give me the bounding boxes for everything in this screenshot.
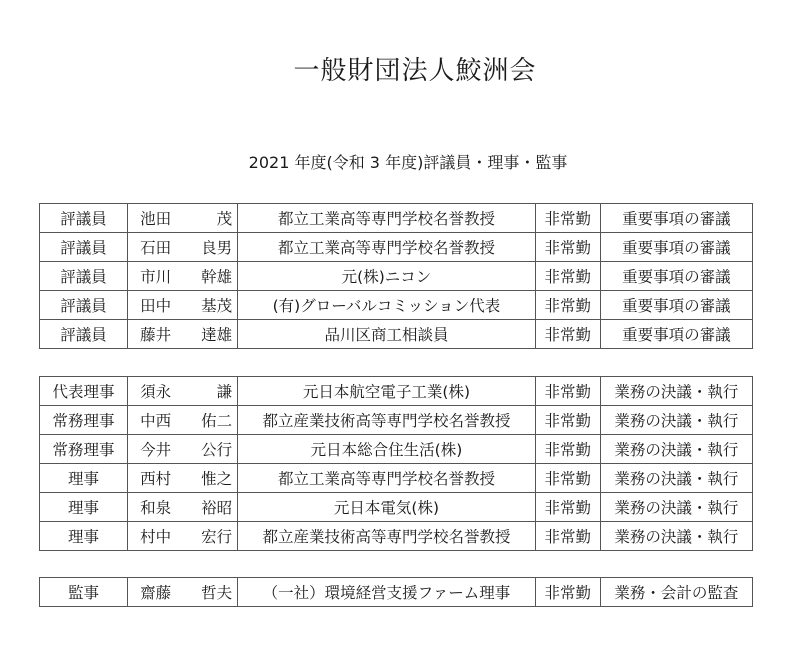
duty-cell: 業務・会計の監査: [600, 578, 752, 607]
role-cell: 監事: [40, 578, 128, 607]
family-name: 中西: [140, 409, 192, 431]
affiliation-cell: 元日本総合住生活(株): [238, 435, 535, 464]
auditors-table: 監事齋藤哲夫（一社）環境経営支援ファーム理事非常勤業務・会計の監査: [39, 577, 753, 607]
role-cell: 理事: [40, 493, 128, 522]
role-cell: 評議員: [40, 291, 128, 320]
name-cell: 和泉裕昭: [128, 493, 238, 522]
table-row: 評議員石田良男都立工業高等専門学校名誉教授非常勤重要事項の審議: [40, 233, 753, 262]
affiliation-cell: 都立工業高等専門学校名誉教授: [238, 464, 535, 493]
name-cell: 田中基茂: [128, 291, 238, 320]
family-name: 田中: [140, 294, 192, 316]
family-name: 村中: [140, 525, 192, 547]
given-name: 裕昭: [192, 496, 232, 518]
affiliation-cell: 都立工業高等専門学校名誉教授: [238, 204, 535, 233]
duty-cell: 重要事項の審議: [600, 204, 752, 233]
duty-cell: 重要事項の審議: [600, 291, 752, 320]
table-row: 代表理事須永謙元日本航空電子工業(株)非常勤業務の決議・執行: [40, 377, 753, 406]
employment-type-cell: 非常勤: [535, 377, 600, 406]
employment-type-cell: 非常勤: [535, 233, 600, 262]
family-name: 和泉: [140, 496, 192, 518]
role-cell: 代表理事: [40, 377, 128, 406]
duty-cell: 業務の決議・執行: [600, 406, 752, 435]
duty-cell: 重要事項の審議: [600, 262, 752, 291]
name-cell: 池田茂: [128, 204, 238, 233]
name-cell: 西村惟之: [128, 464, 238, 493]
role-cell: 理事: [40, 522, 128, 551]
name-cell: 石田良男: [128, 233, 238, 262]
given-name: 宏行: [192, 525, 232, 547]
name-cell: 齋藤哲夫: [128, 578, 238, 607]
affiliation-cell: 都立工業高等専門学校名誉教授: [238, 233, 535, 262]
family-name: 市川: [140, 265, 192, 287]
employment-type-cell: 非常勤: [535, 291, 600, 320]
duty-cell: 重要事項の審議: [600, 233, 752, 262]
name-cell: 中西佑二: [128, 406, 238, 435]
duty-cell: 業務の決議・執行: [600, 377, 752, 406]
table-row: 理事村中宏行都立産業技術高等専門学校名誉教授非常勤業務の決議・執行: [40, 522, 753, 551]
affiliation-cell: 元(株)ニコン: [238, 262, 535, 291]
given-name: 惟之: [192, 467, 232, 489]
employment-type-cell: 非常勤: [535, 262, 600, 291]
family-name: 今井: [140, 438, 192, 460]
role-cell: 評議員: [40, 320, 128, 349]
affiliation-cell: 都立産業技術高等専門学校名誉教授: [238, 522, 535, 551]
table-row: 評議員藤井達雄品川区商工相談員非常勤重要事項の審議: [40, 320, 753, 349]
given-name: 哲夫: [192, 581, 232, 603]
family-name: 西村: [140, 467, 192, 489]
role-cell: 常務理事: [40, 406, 128, 435]
given-name: 公行: [192, 438, 232, 460]
affiliation-cell: 元日本航空電子工業(株): [238, 377, 535, 406]
table-row: 評議員田中基茂(有)グローバルコミッション代表非常勤重要事項の審議: [40, 291, 753, 320]
directors-table: 代表理事須永謙元日本航空電子工業(株)非常勤業務の決議・執行常務理事中西佑二都立…: [39, 376, 753, 551]
affiliation-cell: (有)グローバルコミッション代表: [238, 291, 535, 320]
name-cell: 須永謙: [128, 377, 238, 406]
affiliation-cell: （一社）環境経営支援ファーム理事: [238, 578, 535, 607]
family-name: 齋藤: [140, 581, 192, 603]
table-row: 評議員池田茂都立工業高等専門学校名誉教授非常勤重要事項の審議: [40, 204, 753, 233]
role-cell: 評議員: [40, 233, 128, 262]
role-cell: 評議員: [40, 262, 128, 291]
table-row: 評議員市川幹雄元(株)ニコン非常勤重要事項の審議: [40, 262, 753, 291]
table-row: 理事和泉裕昭元日本電気(株)非常勤業務の決議・執行: [40, 493, 753, 522]
duty-cell: 業務の決議・執行: [600, 435, 752, 464]
affiliation-cell: 元日本電気(株): [238, 493, 535, 522]
given-name: 良男: [192, 236, 232, 258]
family-name: 池田: [140, 207, 192, 229]
table-row: 常務理事中西佑二都立産業技術高等専門学校名誉教授非常勤業務の決議・執行: [40, 406, 753, 435]
given-name: 基茂: [192, 294, 232, 316]
given-name: 佑二: [192, 409, 232, 431]
family-name: 須永: [140, 380, 192, 402]
name-cell: 藤井達雄: [128, 320, 238, 349]
table-row: 理事西村惟之都立工業高等専門学校名誉教授非常勤業務の決議・執行: [40, 464, 753, 493]
employment-type-cell: 非常勤: [535, 204, 600, 233]
affiliation-cell: 品川区商工相談員: [238, 320, 535, 349]
family-name: 石田: [140, 236, 192, 258]
role-cell: 常務理事: [40, 435, 128, 464]
given-name: 謙: [192, 380, 232, 402]
employment-type-cell: 非常勤: [535, 522, 600, 551]
employment-type-cell: 非常勤: [535, 464, 600, 493]
table-row: 常務理事今井公行元日本総合住生活(株)非常勤業務の決議・執行: [40, 435, 753, 464]
duty-cell: 業務の決議・執行: [600, 522, 752, 551]
role-cell: 評議員: [40, 204, 128, 233]
page-title: 一般財団法人鮫洲会: [0, 50, 794, 87]
page-subtitle: 2021 年度(令和 3 年度)評議員・理事・監事: [0, 150, 794, 173]
duty-cell: 重要事項の審議: [600, 320, 752, 349]
table-row: 監事齋藤哲夫（一社）環境経営支援ファーム理事非常勤業務・会計の監査: [40, 578, 753, 607]
name-cell: 市川幹雄: [128, 262, 238, 291]
councilors-table: 評議員池田茂都立工業高等専門学校名誉教授非常勤重要事項の審議評議員石田良男都立工…: [39, 203, 753, 349]
name-cell: 村中宏行: [128, 522, 238, 551]
employment-type-cell: 非常勤: [535, 435, 600, 464]
employment-type-cell: 非常勤: [535, 320, 600, 349]
given-name: 幹雄: [192, 265, 232, 287]
duty-cell: 業務の決議・執行: [600, 493, 752, 522]
employment-type-cell: 非常勤: [535, 406, 600, 435]
role-cell: 理事: [40, 464, 128, 493]
given-name: 茂: [192, 207, 232, 229]
affiliation-cell: 都立産業技術高等専門学校名誉教授: [238, 406, 535, 435]
given-name: 達雄: [192, 323, 232, 345]
duty-cell: 業務の決議・執行: [600, 464, 752, 493]
family-name: 藤井: [140, 323, 192, 345]
name-cell: 今井公行: [128, 435, 238, 464]
employment-type-cell: 非常勤: [535, 493, 600, 522]
employment-type-cell: 非常勤: [535, 578, 600, 607]
